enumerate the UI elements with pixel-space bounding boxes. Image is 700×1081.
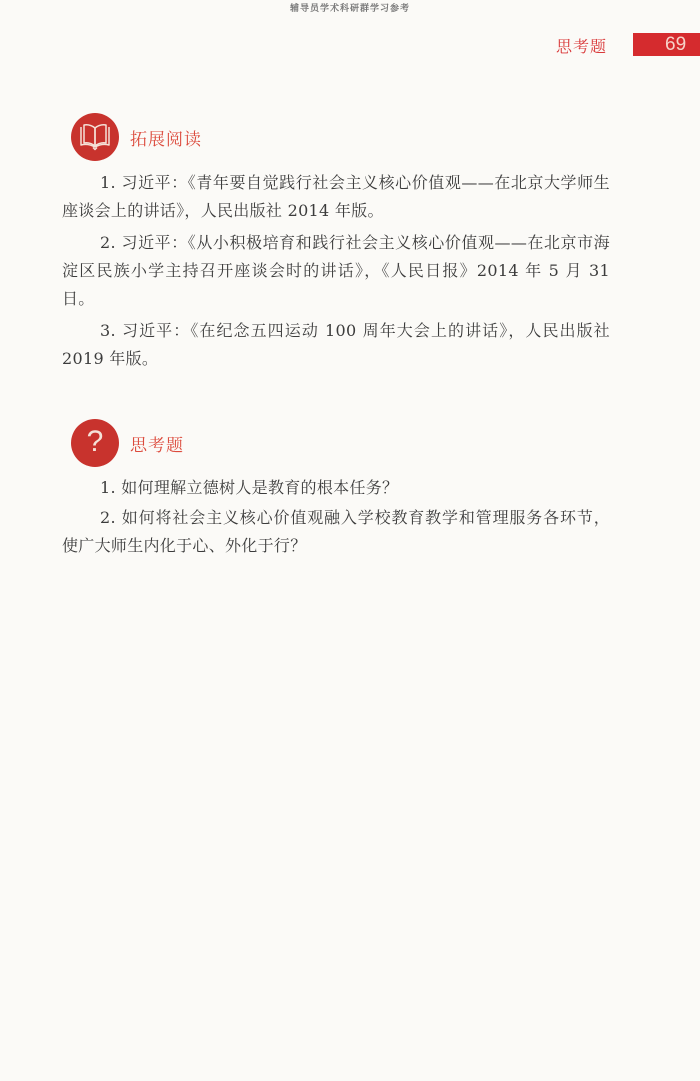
reading-item: 1. 习近平：《青年要自觉践行社会主义核心价值观——在北京大学师生座谈会上的讲话… xyxy=(62,169,610,225)
further-reading-list: 1. 习近平：《青年要自觉践行社会主义核心价值观——在北京大学师生座谈会上的讲话… xyxy=(62,169,610,373)
running-head: 辅导员学术科研群学习参考 xyxy=(0,1,700,14)
open-book-icon xyxy=(71,113,119,161)
question-item: 2. 如何将社会主义核心价值观融入学校教育教学和管理服务各环节，使广大师生内化于… xyxy=(62,504,610,560)
section-tab-label: 思考题 xyxy=(556,34,607,57)
reading-item: 2. 习近平：《从小积极培育和践行社会主义核心价值观——在北京市海淀区民族小学主… xyxy=(62,229,610,313)
open-book-icon-glyph xyxy=(78,123,112,151)
page-number: 69 xyxy=(665,34,686,55)
question-mark-icon: ? xyxy=(71,419,119,467)
questions-heading: ? 思考题 xyxy=(71,418,184,468)
question-mark-glyph: ? xyxy=(87,427,104,457)
question-item: 1. 如何理解立德树人是教育的根本任务？ xyxy=(62,474,610,502)
questions-list: 1. 如何理解立德树人是教育的根本任务？ 2. 如何将社会主义核心价值观融入学校… xyxy=(62,474,610,560)
questions-title: 思考题 xyxy=(130,431,184,456)
page-number-tab: 69 xyxy=(633,33,700,56)
reading-item: 3. 习近平：《在纪念五四运动 100 周年大会上的讲话》，人民出版社 2019… xyxy=(62,317,610,373)
further-reading-heading: 拓展阅读 xyxy=(71,112,202,162)
further-reading-title: 拓展阅读 xyxy=(130,125,202,150)
